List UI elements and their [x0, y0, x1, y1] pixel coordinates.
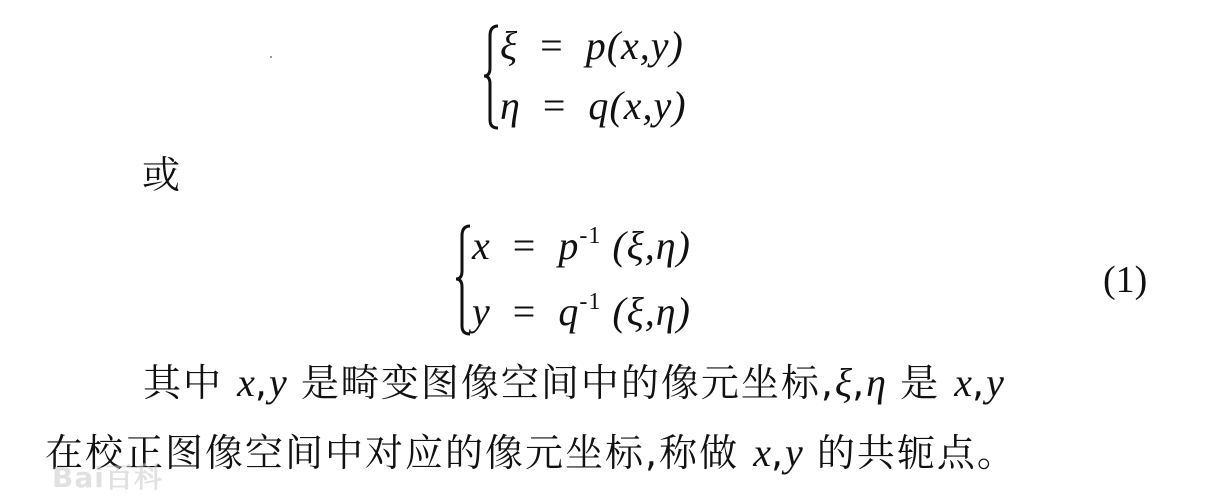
equation-number: (1)	[1103, 255, 1147, 305]
equation-line-x: x = p-1 (ξ,η)	[472, 220, 691, 272]
equation-line-y: y = q-1 (ξ,η)	[472, 286, 691, 338]
connector-or: 或	[142, 150, 180, 200]
scan-speck	[270, 56, 272, 58]
equation-line-eta: η = q(x,y)	[500, 80, 687, 132]
document-page: ξ = p(x,y) η = q(x,y) 或 x = p-1 (ξ,η) y …	[0, 0, 1218, 502]
equation-line-xi: ξ = p(x,y)	[500, 20, 687, 72]
baike-watermark: Bai百科	[52, 456, 163, 496]
left-brace-icon	[482, 20, 500, 132]
equation-system-inverse: x = p-1 (ξ,η) y = q-1 (ξ,η)	[454, 220, 691, 338]
equation-system-forward: ξ = p(x,y) η = q(x,y)	[482, 20, 687, 132]
paragraph-line-2: 在校正图像空间中对应的像元坐标,称做 x,y 的共轭点。	[45, 428, 1017, 478]
left-brace-icon	[454, 220, 472, 338]
paragraph-line-1: 其中 x,y 是畸变图像空间中的像元坐标,ξ,η 是 x,y	[143, 358, 1004, 408]
